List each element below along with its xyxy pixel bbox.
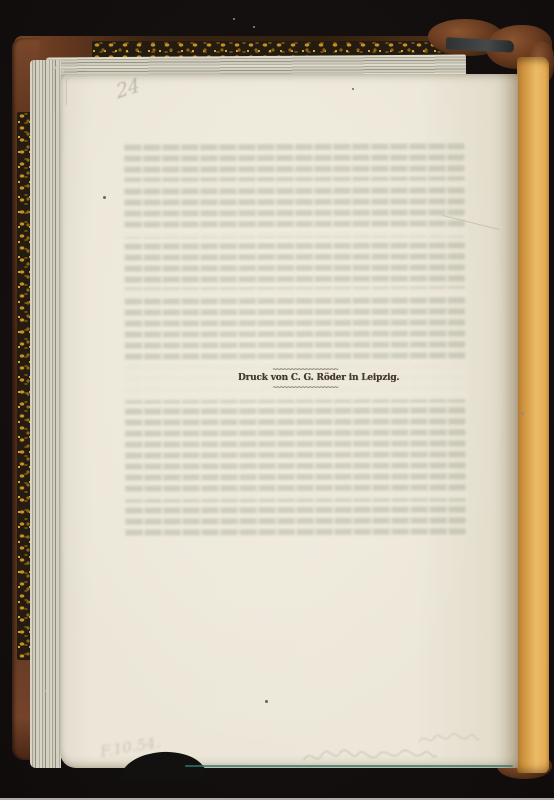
imprint-text: Druck von C. G. Röder in Leipzig. — [238, 372, 372, 385]
showthrough-text-block — [122, 143, 467, 536]
faint-handwriting-scribble — [416, 729, 482, 749]
facing-page-edge — [517, 57, 549, 773]
wavy-rule-bottom: ~~~~~~~~~~~~~~~~~~ — [238, 385, 372, 389]
dust-speck — [233, 18, 235, 20]
showthrough-paragraph-gap — [122, 180, 466, 187]
wavy-rule-top: ~~~~~~~~~~~~~~~~~~ — [238, 367, 372, 371]
paper-speck — [521, 412, 524, 415]
showthrough-paragraph-gap — [123, 230, 467, 237]
showthrough-paragraph-gap — [124, 491, 468, 499]
dust-speck — [253, 26, 255, 28]
dust-speck — [44, 690, 46, 692]
book-scan: ~~~~~~~~~~~~~~~~~~ Druck von C. G. Röder… — [0, 0, 554, 800]
printer-imprint: ~~~~~~~~~~~~~~~~~~ Druck von C. G. Röder… — [238, 367, 372, 390]
page-stack-left-edges — [30, 60, 61, 768]
paper-speck — [352, 88, 354, 90]
page-corner-step — [66, 76, 87, 105]
showthrough-paragraph-gap — [123, 288, 467, 296]
paper-speck — [265, 700, 268, 703]
paper-speck — [103, 196, 106, 199]
page-bottom-edge-line — [185, 765, 513, 767]
